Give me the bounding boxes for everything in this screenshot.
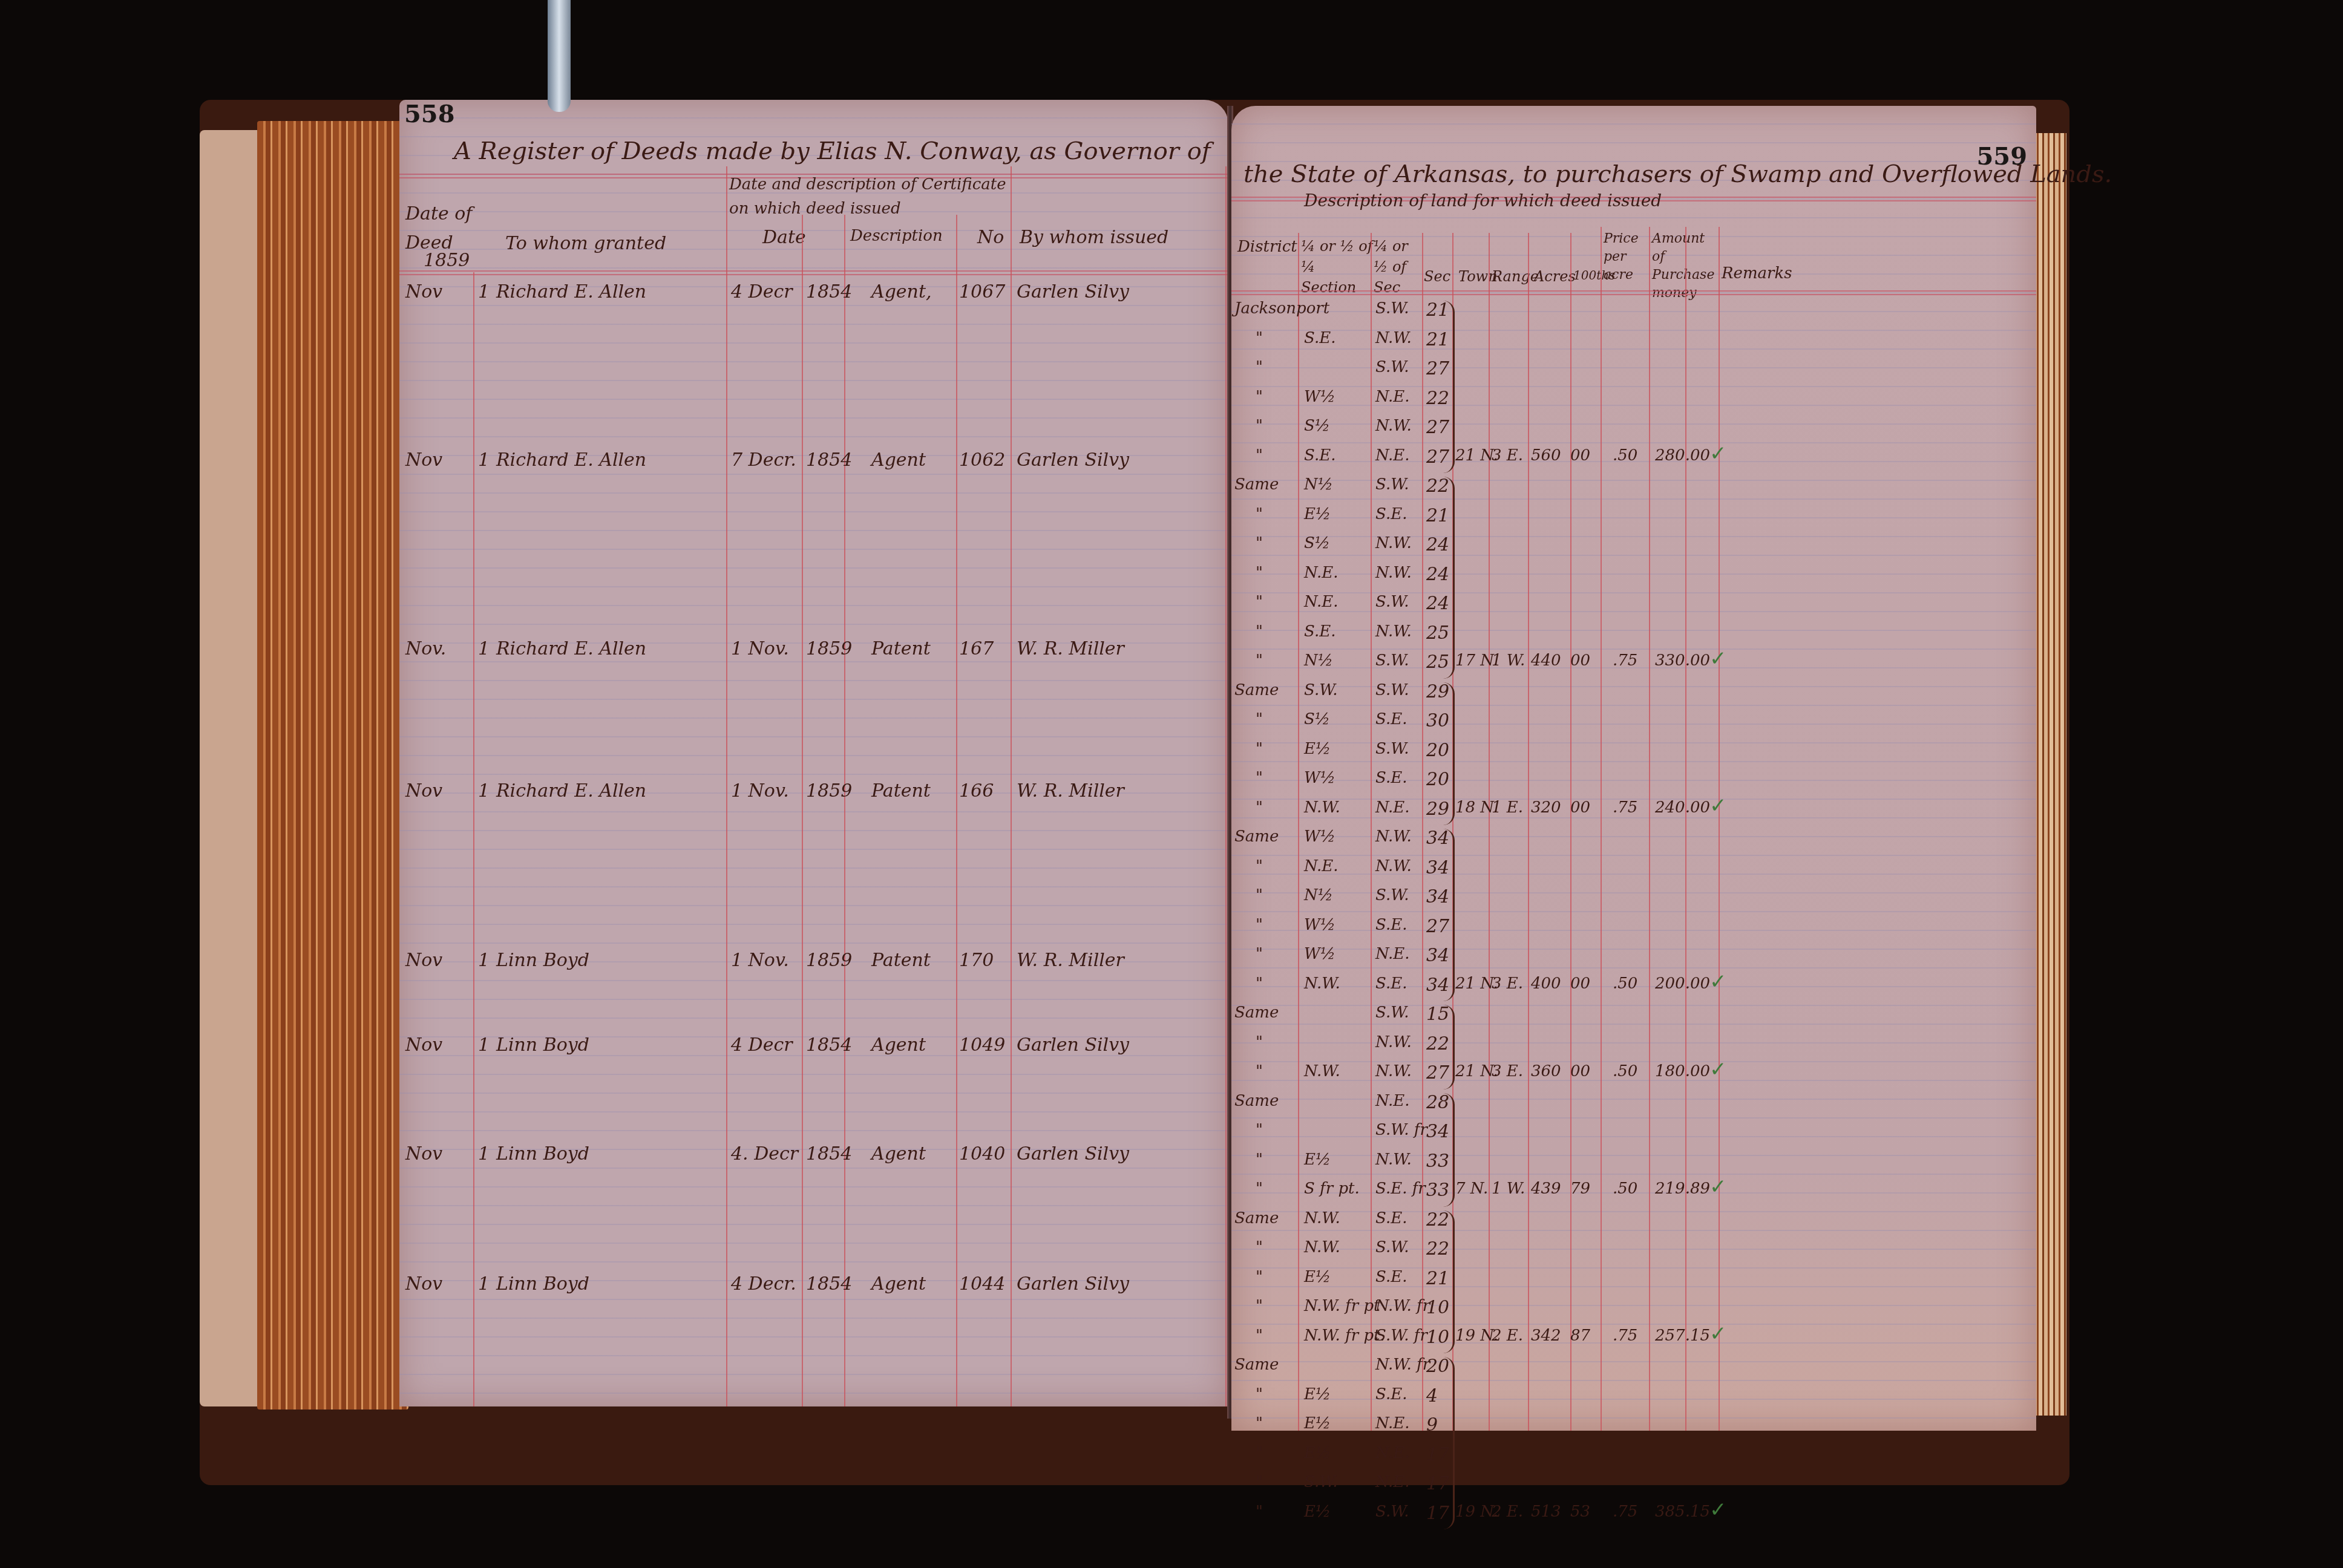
part-of-quarter: N.E. bbox=[1304, 593, 1339, 611]
quarter-of-section: S.E. bbox=[1375, 916, 1407, 934]
header-quarter-of-section: ¼ or ½ of ¼ Section bbox=[1301, 236, 1374, 298]
acres: 513 bbox=[1531, 1503, 1561, 1521]
quarter-of-section: N.E. bbox=[1375, 1473, 1410, 1491]
column-divider bbox=[1719, 227, 1720, 1431]
part-of-quarter: W½ bbox=[1304, 388, 1335, 406]
part-of-quarter: N½ bbox=[1304, 652, 1333, 670]
part-of-quarter: W½ bbox=[1304, 769, 1335, 787]
district: " bbox=[1256, 1062, 1263, 1080]
deed-day: 1 bbox=[478, 449, 490, 471]
column-divider bbox=[1685, 227, 1686, 1431]
issued-by: Garlen Silvy bbox=[1017, 1143, 1129, 1165]
grantee: Linn Boyd bbox=[496, 950, 589, 971]
section-number: 4 bbox=[1426, 1385, 1438, 1406]
quarter-of-section: S.E. bbox=[1375, 1385, 1407, 1403]
header-date-of-deed: Date of Deed bbox=[405, 200, 478, 258]
cert-number: 166 bbox=[959, 780, 994, 802]
acres: 400 bbox=[1531, 975, 1561, 993]
quarter-of-section: N.W. fr bbox=[1375, 1297, 1430, 1315]
purchase-amount: 257.15 bbox=[1655, 1327, 1710, 1345]
column-divider bbox=[1298, 233, 1299, 1431]
price-per-acre: .75 bbox=[1613, 1327, 1637, 1345]
cert-number: 1049 bbox=[959, 1034, 1005, 1056]
quarter-of-section: N.W. bbox=[1375, 564, 1412, 582]
district: " bbox=[1256, 740, 1263, 758]
deed-day: 1 bbox=[478, 638, 490, 659]
part-of-quarter: W½ bbox=[1304, 828, 1335, 846]
column-divider bbox=[1649, 227, 1650, 1431]
part-of-quarter: S½ bbox=[1304, 534, 1330, 552]
deed-month: Nov bbox=[405, 449, 442, 471]
price-per-acre: .50 bbox=[1613, 975, 1637, 993]
cert-number: 1040 bbox=[959, 1143, 1005, 1165]
district: " bbox=[1256, 1503, 1263, 1521]
price-per-acre: .75 bbox=[1613, 799, 1637, 817]
district: Same bbox=[1234, 681, 1279, 699]
issued-by: Garlen Silvy bbox=[1017, 449, 1129, 471]
quarter-of-section: S.W. bbox=[1375, 681, 1409, 699]
checkmark-icon: ✓ bbox=[1709, 1498, 1727, 1522]
header-price-per-acre: Price per acre bbox=[1604, 230, 1646, 284]
column-header-rule bbox=[1231, 290, 2036, 295]
column-divider bbox=[1489, 233, 1490, 1431]
quarter-of-section: S.W. bbox=[1375, 740, 1409, 758]
part-of-quarter: S½ bbox=[1304, 417, 1330, 435]
grantee: Richard E. Allen bbox=[496, 638, 646, 659]
district: " bbox=[1256, 945, 1263, 963]
quarter-of-section: N.W. bbox=[1375, 857, 1412, 875]
part-of-quarter: E½ bbox=[1304, 740, 1331, 758]
cert-description: Agent, bbox=[871, 281, 932, 302]
acres: 360 bbox=[1531, 1062, 1561, 1080]
brace-bracket bbox=[1443, 1210, 1455, 1354]
district: " bbox=[1256, 564, 1263, 582]
district: " bbox=[1256, 388, 1263, 406]
cert-year: 1854 bbox=[806, 1273, 852, 1295]
part-of-quarter: N.E. bbox=[1304, 564, 1339, 582]
cert-year: 1859 bbox=[806, 638, 852, 659]
header-quarter-of-sec: ¼ or ½ of Sec bbox=[1374, 236, 1425, 298]
issued-by: Garlen Silvy bbox=[1017, 1034, 1129, 1056]
header-remarks: Remarks bbox=[1722, 264, 1792, 283]
part-of-quarter: W½ bbox=[1304, 916, 1335, 934]
grantee: Linn Boyd bbox=[496, 1143, 589, 1165]
quarter-of-section: S.E. bbox=[1375, 769, 1407, 787]
quarter-of-section: S.W. bbox=[1375, 1238, 1409, 1256]
cert-date: 4 Decr bbox=[731, 1034, 793, 1056]
part-of-quarter: N½ bbox=[1304, 886, 1333, 904]
quarter-of-section: S.E. fr bbox=[1375, 1180, 1426, 1198]
column-divider bbox=[1011, 166, 1012, 1406]
issued-by: Garlen Silvy bbox=[1017, 1273, 1129, 1295]
page-clip bbox=[548, 0, 571, 112]
quarter-of-section: N.W. bbox=[1375, 329, 1412, 347]
district: " bbox=[1256, 799, 1263, 817]
district: " bbox=[1256, 652, 1263, 670]
part-of-quarter: S½ bbox=[1304, 710, 1330, 728]
quarter-of-section: N.E. bbox=[1375, 1444, 1410, 1462]
district: " bbox=[1256, 1297, 1263, 1315]
part-of-quarter: N.W. fr pt bbox=[1304, 1297, 1380, 1315]
column-divider bbox=[1371, 233, 1372, 1431]
price-per-acre: .75 bbox=[1613, 1503, 1637, 1521]
quarter-of-section: S.W. bbox=[1375, 299, 1409, 318]
deed-day: 1 bbox=[478, 780, 490, 802]
cert-date: 7 Decr. bbox=[731, 449, 796, 471]
part-of-quarter: S fr pt. bbox=[1304, 1180, 1360, 1198]
quarter-of-section: S.W. fr bbox=[1375, 1327, 1427, 1345]
cert-number: 1044 bbox=[959, 1273, 1005, 1295]
deed-day: 1 bbox=[478, 950, 490, 971]
deed-day: 1 bbox=[478, 1143, 490, 1165]
quarter-of-section: S.W. bbox=[1375, 358, 1409, 376]
part-of-quarter: N.E. bbox=[1304, 857, 1339, 875]
range: 1 W. bbox=[1492, 652, 1525, 670]
deed-day: 1 bbox=[478, 1034, 490, 1056]
district: Same bbox=[1234, 828, 1279, 846]
acres-hundredths: 00 bbox=[1570, 975, 1590, 993]
quarter-of-section: N.W. fr bbox=[1375, 1356, 1430, 1374]
quarter-of-section: N.E. bbox=[1375, 446, 1410, 465]
acres-hundredths: 00 bbox=[1570, 446, 1590, 465]
acres-hundredths: 79 bbox=[1570, 1180, 1590, 1198]
part-of-quarter: E½ bbox=[1304, 1414, 1331, 1432]
part-of-quarter: S.E. bbox=[1304, 622, 1335, 641]
grantee: Linn Boyd bbox=[496, 1273, 589, 1295]
part-of-quarter: N.W. bbox=[1304, 799, 1340, 817]
district: Same bbox=[1234, 1356, 1279, 1374]
checkmark-icon: ✓ bbox=[1709, 794, 1727, 818]
cert-date: 4 Decr. bbox=[731, 1273, 796, 1295]
cert-date: 1 Nov. bbox=[731, 638, 789, 659]
page-edges-left bbox=[257, 121, 408, 1410]
district: Same bbox=[1234, 475, 1279, 494]
quarter-of-section: S.W. bbox=[1375, 886, 1409, 904]
range: 3 E. bbox=[1492, 975, 1523, 993]
ledger-page-left: 558 A Register of Deeds made by Elias N.… bbox=[399, 100, 1228, 1406]
brace-bracket bbox=[1443, 829, 1455, 1001]
cert-date: 1 Nov. bbox=[731, 950, 789, 971]
brace-bracket bbox=[1443, 301, 1455, 473]
issued-by: W. R. Miller bbox=[1017, 638, 1124, 659]
cert-number: 167 bbox=[959, 638, 994, 659]
acres: 439 bbox=[1531, 1180, 1561, 1198]
deed-month: Nov bbox=[405, 780, 442, 802]
quarter-of-section: N.E. bbox=[1375, 945, 1410, 963]
part-of-quarter: E½ bbox=[1304, 1444, 1331, 1462]
quarter-of-section: N.E. bbox=[1375, 1092, 1410, 1110]
header-land-group: Description of land for which deed issue… bbox=[1304, 191, 1662, 211]
quarter-of-section: S.W. bbox=[1375, 1503, 1409, 1521]
range: 2 E. bbox=[1492, 1327, 1523, 1345]
district: " bbox=[1256, 358, 1263, 376]
range: 3 E. bbox=[1492, 446, 1523, 465]
quarter-of-section: N.E. bbox=[1375, 1414, 1410, 1432]
checkmark-icon: ✓ bbox=[1709, 647, 1727, 671]
header-district: District bbox=[1237, 238, 1297, 256]
brace-bracket bbox=[1443, 1005, 1455, 1089]
price-per-acre: .75 bbox=[1613, 652, 1637, 670]
range: 2 E. bbox=[1492, 1503, 1523, 1521]
district: " bbox=[1256, 857, 1263, 875]
checkmark-icon: ✓ bbox=[1709, 442, 1727, 466]
acres-hundredths: 00 bbox=[1570, 652, 1590, 670]
quarter-of-section: S.W. bbox=[1375, 652, 1409, 670]
cert-number: 1062 bbox=[959, 449, 1005, 471]
column-divider bbox=[956, 215, 957, 1406]
district: " bbox=[1256, 1238, 1263, 1256]
acres: 560 bbox=[1531, 446, 1561, 465]
quarter-of-section: S.E. bbox=[1375, 975, 1407, 993]
cert-description: Agent bbox=[871, 1273, 926, 1295]
district: " bbox=[1256, 1327, 1263, 1345]
deed-month: Nov bbox=[405, 281, 442, 302]
range: 1 E. bbox=[1492, 799, 1523, 817]
district: " bbox=[1256, 329, 1263, 347]
header-acres: Acres bbox=[1534, 268, 1576, 285]
cert-description: Agent bbox=[871, 1034, 926, 1056]
issued-by: W. R. Miller bbox=[1017, 780, 1124, 802]
district: " bbox=[1256, 710, 1263, 728]
price-per-acre: .50 bbox=[1613, 446, 1637, 465]
cert-year: 1859 bbox=[806, 780, 852, 802]
quarter-of-section: S.W. bbox=[1375, 1004, 1409, 1022]
district: " bbox=[1256, 1033, 1263, 1051]
quarter-of-section: N.W. bbox=[1375, 828, 1412, 846]
part-of-quarter: E½ bbox=[1304, 1151, 1331, 1169]
part-of-quarter: N.W. bbox=[1304, 975, 1340, 993]
column-divider bbox=[1528, 233, 1529, 1431]
part-of-quarter: S.E. bbox=[1304, 329, 1335, 347]
part-of-quarter: E½ bbox=[1304, 1268, 1331, 1286]
column-divider bbox=[726, 166, 727, 1406]
quarter-of-section: S.E. bbox=[1375, 710, 1407, 728]
district: " bbox=[1256, 1151, 1263, 1169]
part-of-quarter: N.W. bbox=[1304, 1238, 1340, 1256]
quarter-of-section: N.W. bbox=[1375, 534, 1412, 552]
district: " bbox=[1256, 1473, 1263, 1491]
quarter-of-section: N.W. bbox=[1375, 1033, 1412, 1051]
grantee: Richard E. Allen bbox=[496, 780, 646, 802]
grantee: Linn Boyd bbox=[496, 1034, 589, 1056]
deed-day: 1 bbox=[478, 1273, 490, 1295]
cert-description: Agent bbox=[871, 449, 926, 471]
part-of-quarter: E½ bbox=[1304, 1385, 1331, 1403]
quarter-of-section: S.W. fr bbox=[1375, 1121, 1427, 1139]
price-per-acre: .50 bbox=[1613, 1180, 1637, 1198]
quarter-of-section: S.W. bbox=[1375, 475, 1409, 494]
header-by-whom-issued: By whom issued bbox=[1020, 227, 1168, 248]
cert-description: Patent bbox=[871, 638, 931, 659]
price-per-acre: .50 bbox=[1613, 1062, 1637, 1080]
checkmark-icon: ✓ bbox=[1709, 1175, 1727, 1199]
grantee: Richard E. Allen bbox=[496, 281, 646, 302]
header-cert-date: Date bbox=[762, 227, 806, 248]
deed-month: Nov bbox=[405, 950, 442, 971]
part-of-quarter: N.W. bbox=[1304, 1062, 1340, 1080]
cert-date: 1 Nov. bbox=[731, 780, 789, 802]
acres: 440 bbox=[1531, 652, 1561, 670]
page-number: 558 bbox=[404, 100, 455, 128]
district: Same bbox=[1234, 1209, 1279, 1227]
acres: 342 bbox=[1531, 1327, 1561, 1345]
brace-bracket bbox=[1443, 477, 1455, 679]
acres-hundredths: 00 bbox=[1570, 1062, 1590, 1080]
cert-year: 1854 bbox=[806, 449, 852, 471]
column-divider bbox=[844, 215, 845, 1406]
header-cert-no: No bbox=[977, 227, 1004, 248]
cert-description: Patent bbox=[871, 950, 931, 971]
cert-year: 1854 bbox=[806, 1034, 852, 1056]
cert-number: 1067 bbox=[959, 281, 1005, 302]
column-divider bbox=[1601, 227, 1602, 1431]
district: " bbox=[1256, 417, 1263, 435]
cert-year: 1854 bbox=[806, 1143, 852, 1165]
district: " bbox=[1256, 1180, 1263, 1198]
cert-year: 1854 bbox=[806, 281, 852, 302]
district: " bbox=[1256, 1444, 1263, 1462]
quarter-of-section: N.W. bbox=[1375, 1062, 1412, 1080]
checkmark-icon: ✓ bbox=[1709, 970, 1727, 994]
brace-bracket bbox=[1443, 1093, 1455, 1207]
district: " bbox=[1256, 505, 1263, 523]
district: " bbox=[1256, 1414, 1263, 1432]
brace-bracket bbox=[1443, 682, 1455, 826]
district: Same bbox=[1234, 1092, 1279, 1110]
issued-by: W. R. Miller bbox=[1017, 950, 1124, 971]
purchase-amount: 280.00 bbox=[1655, 446, 1710, 465]
section-number: 9 bbox=[1426, 1414, 1438, 1436]
ruled-lines bbox=[1231, 106, 2036, 1431]
quarter-of-section: N.E. bbox=[1375, 388, 1410, 406]
quarter-of-section: S.E. bbox=[1375, 1268, 1407, 1286]
district: " bbox=[1256, 534, 1263, 552]
district: " bbox=[1256, 622, 1263, 641]
deed-month: Nov bbox=[405, 1034, 442, 1056]
district: " bbox=[1256, 446, 1263, 465]
part-of-quarter: N.W. bbox=[1304, 1209, 1340, 1227]
cert-description: Patent bbox=[871, 780, 931, 802]
part-of-quarter: W½ bbox=[1304, 945, 1335, 963]
quarter-of-section: N.E. bbox=[1375, 799, 1410, 817]
column-divider bbox=[1422, 233, 1423, 1431]
deed-month: Nov bbox=[405, 1273, 442, 1295]
cert-date: 4. Decr bbox=[731, 1143, 798, 1165]
quarter-of-section: N.W. bbox=[1375, 1151, 1412, 1169]
purchase-amount: 180.00 bbox=[1655, 1062, 1710, 1080]
district: Same bbox=[1234, 1004, 1279, 1022]
cert-number: 170 bbox=[959, 950, 994, 971]
purchase-amount: 219.89 bbox=[1655, 1180, 1710, 1198]
range: 1 W. bbox=[1492, 1180, 1525, 1198]
column-divider bbox=[473, 272, 474, 1406]
district: " bbox=[1256, 1121, 1263, 1139]
purchase-amount: 200.00 bbox=[1655, 975, 1710, 993]
part-of-quarter: E½ bbox=[1304, 505, 1331, 523]
part-of-quarter: S.W. bbox=[1304, 1473, 1338, 1491]
district: " bbox=[1256, 886, 1263, 904]
header-certificate-group: Date and description of Certificate on w… bbox=[729, 172, 1020, 221]
quarter-of-section: N.W. bbox=[1375, 417, 1412, 435]
header-sec: Sec bbox=[1424, 268, 1450, 285]
page-title: A Register of Deeds made by Elias N. Con… bbox=[454, 137, 1211, 165]
acres: 320 bbox=[1531, 799, 1561, 817]
acres-hundredths: 00 bbox=[1570, 799, 1590, 817]
quarter-of-section: N.W. bbox=[1375, 622, 1412, 641]
deed-month: Nov. bbox=[405, 638, 446, 659]
district: " bbox=[1256, 1268, 1263, 1286]
header-cert-description: Description bbox=[850, 227, 943, 245]
part-of-quarter: N.W. fr pt. bbox=[1304, 1327, 1385, 1345]
district: " bbox=[1256, 975, 1263, 993]
acres-hundredths: 87 bbox=[1570, 1327, 1590, 1345]
page-edges-right bbox=[2033, 133, 2066, 1416]
district: " bbox=[1256, 916, 1263, 934]
quarter-of-section: S.E. bbox=[1375, 505, 1407, 523]
checkmark-icon: ✓ bbox=[1709, 1322, 1727, 1346]
column-divider bbox=[1570, 233, 1571, 1431]
part-of-quarter: S.E. bbox=[1304, 446, 1335, 465]
cert-date: 4 Decr bbox=[731, 281, 793, 302]
range: 3 E. bbox=[1492, 1062, 1523, 1080]
issued-by: Garlen Silvy bbox=[1017, 281, 1129, 302]
part-of-quarter: S.W. bbox=[1304, 681, 1338, 699]
page-title: the State of Arkansas, to purchasers of … bbox=[1244, 160, 2112, 188]
brace-bracket bbox=[1443, 1357, 1455, 1529]
quarter-of-section: S.E. bbox=[1375, 1209, 1407, 1227]
district: " bbox=[1256, 593, 1263, 611]
column-divider bbox=[802, 215, 803, 1406]
column-header-rule bbox=[399, 270, 1228, 275]
district: " bbox=[1256, 1385, 1263, 1403]
quarter-of-section: S.W. bbox=[1375, 593, 1409, 611]
checkmark-icon: ✓ bbox=[1709, 1057, 1727, 1082]
township: 7 N. bbox=[1455, 1180, 1488, 1198]
acres-hundredths: 53 bbox=[1570, 1503, 1590, 1521]
grantee: Richard E. Allen bbox=[496, 449, 646, 471]
header-to-whom-granted: To whom granted bbox=[505, 233, 666, 254]
header-range: Range bbox=[1492, 268, 1539, 285]
cert-year: 1859 bbox=[806, 950, 852, 971]
purchase-amount: 240.00 bbox=[1655, 799, 1710, 817]
header-year: 1859 bbox=[424, 250, 470, 271]
district: " bbox=[1256, 769, 1263, 787]
deed-month: Nov bbox=[405, 1143, 442, 1165]
ledger-page-right: 559 the State of Arkansas, to purchasers… bbox=[1231, 106, 2036, 1431]
part-of-quarter: N½ bbox=[1304, 475, 1333, 494]
column-divider bbox=[1225, 166, 1227, 1406]
purchase-amount: 385.15 bbox=[1655, 1503, 1710, 1521]
purchase-amount: 330.00 bbox=[1655, 652, 1710, 670]
cert-description: Agent bbox=[871, 1143, 926, 1165]
deed-day: 1 bbox=[478, 281, 490, 302]
district: Jacksonport bbox=[1234, 299, 1329, 318]
part-of-quarter: E½ bbox=[1304, 1503, 1331, 1521]
